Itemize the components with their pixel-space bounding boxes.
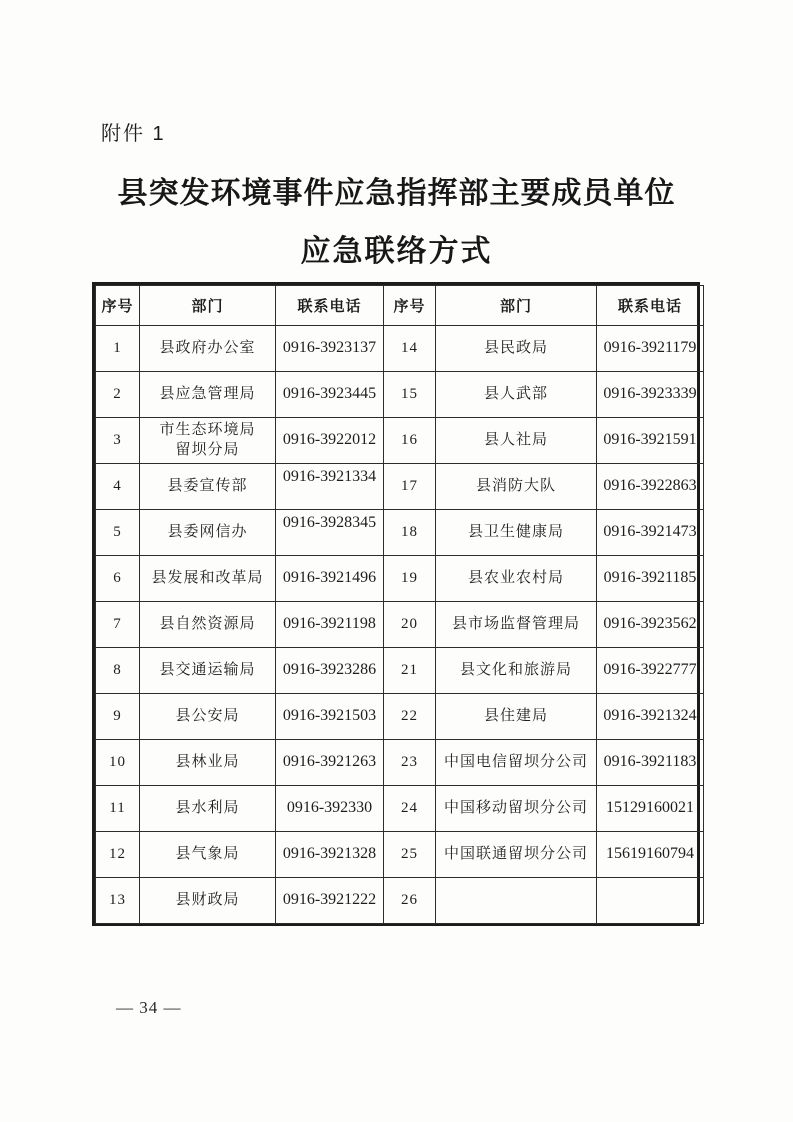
- table-row: 13县财政局0916-392122226: [96, 878, 704, 924]
- contact-table-container: 序号 部门 联系电话 序号 部门 联系电话 1县政府办公室0916-392313…: [92, 282, 700, 926]
- serial-cell: 26: [384, 878, 436, 924]
- phone-cell: 0916-3922777: [597, 648, 704, 694]
- phone-cell: 0916-3923286: [276, 648, 384, 694]
- department-cell: 中国联通留坝分公司: [436, 832, 597, 878]
- department-cell: [436, 878, 597, 924]
- serial-cell: 2: [96, 372, 140, 418]
- table-row: 3市生态环境局 留坝分局0916-392201216县人社局0916-39215…: [96, 418, 704, 464]
- phone-cell: 0916-3928345: [276, 510, 384, 556]
- table-row: 4县委宣传部0916-392133417县消防大队0916-3922863: [96, 464, 704, 510]
- phone-cell: 0916-3921496: [276, 556, 384, 602]
- page-number: — 34 —: [116, 998, 182, 1018]
- table-row: 9县公安局0916-392150322县住建局0916-3921324: [96, 694, 704, 740]
- serial-cell: 22: [384, 694, 436, 740]
- department-cell: 县住建局: [436, 694, 597, 740]
- contact-table-body: 1县政府办公室0916-392313714县民政局0916-39211792县应…: [96, 326, 704, 924]
- phone-cell: [597, 878, 704, 924]
- serial-cell: 5: [96, 510, 140, 556]
- phone-cell: 0916-3921263: [276, 740, 384, 786]
- phone-cell: 0916-3921503: [276, 694, 384, 740]
- header-department-right: 部门: [436, 286, 597, 326]
- table-row: 12县气象局0916-392132825中国联通留坝分公司15619160794: [96, 832, 704, 878]
- table-row: 2县应急管理局0916-392344515县人武部0916-3923339: [96, 372, 704, 418]
- phone-cell: 0916-3921198: [276, 602, 384, 648]
- phone-cell: 0916-3921324: [597, 694, 704, 740]
- department-cell: 县林业局: [140, 740, 276, 786]
- phone-cell: 0916-3921183: [597, 740, 704, 786]
- serial-cell: 23: [384, 740, 436, 786]
- serial-cell: 8: [96, 648, 140, 694]
- serial-cell: 17: [384, 464, 436, 510]
- phone-cell: 0916-3923339: [597, 372, 704, 418]
- department-cell: 县水利局: [140, 786, 276, 832]
- department-cell: 县消防大队: [436, 464, 597, 510]
- department-cell: 县农业农村局: [436, 556, 597, 602]
- serial-cell: 14: [384, 326, 436, 372]
- department-cell: 县政府办公室: [140, 326, 276, 372]
- department-cell: 中国电信留坝分公司: [436, 740, 597, 786]
- phone-cell: 0916-3923562: [597, 602, 704, 648]
- header-serial-right: 序号: [384, 286, 436, 326]
- serial-cell: 24: [384, 786, 436, 832]
- table-row: 8县交通运输局0916-392328621县文化和旅游局0916-3922777: [96, 648, 704, 694]
- attachment-label: 附件 1: [101, 117, 166, 146]
- serial-cell: 11: [96, 786, 140, 832]
- phone-cell: 0916-3921591: [597, 418, 704, 464]
- department-cell: 县发展和改革局: [140, 556, 276, 602]
- department-cell: 县委宣传部: [140, 464, 276, 510]
- phone-cell: 0916-3921334: [276, 464, 384, 510]
- department-cell: 县气象局: [140, 832, 276, 878]
- department-cell: 县应急管理局: [140, 372, 276, 418]
- header-department-left: 部门: [140, 286, 276, 326]
- table-row: 5县委网信办0916-392834518县卫生健康局0916-3921473: [96, 510, 704, 556]
- department-cell: 县交通运输局: [140, 648, 276, 694]
- department-cell: 县公安局: [140, 694, 276, 740]
- department-cell: 县市场监督管理局: [436, 602, 597, 648]
- phone-cell: 0916-3921185: [597, 556, 704, 602]
- scanned-document-page: 附件 1 县突发环境事件应急指挥部主要成员单位 应急联络方式 序号 部门 联系电…: [0, 0, 793, 1122]
- document-title-line1: 县突发环境事件应急指挥部主要成员单位: [0, 168, 793, 212]
- phone-cell: 0916-3922863: [597, 464, 704, 510]
- phone-cell: 15129160021: [597, 786, 704, 832]
- emergency-contact-table: 序号 部门 联系电话 序号 部门 联系电话 1县政府办公室0916-392313…: [95, 285, 704, 924]
- serial-cell: 19: [384, 556, 436, 602]
- department-cell: 县财政局: [140, 878, 276, 924]
- serial-cell: 12: [96, 832, 140, 878]
- document-title-line2: 应急联络方式: [0, 226, 793, 270]
- phone-cell: 0916-3921328: [276, 832, 384, 878]
- serial-cell: 13: [96, 878, 140, 924]
- serial-cell: 9: [96, 694, 140, 740]
- department-cell: 市生态环境局 留坝分局: [140, 418, 276, 464]
- serial-cell: 7: [96, 602, 140, 648]
- table-row: 6县发展和改革局0916-392149619县农业农村局0916-3921185: [96, 556, 704, 602]
- table-row: 10县林业局0916-392126323中国电信留坝分公司0916-392118…: [96, 740, 704, 786]
- table-row: 11县水利局0916-39233024中国移动留坝分公司15129160021: [96, 786, 704, 832]
- department-cell: 县文化和旅游局: [436, 648, 597, 694]
- header-serial-left: 序号: [96, 286, 140, 326]
- table-row: 1县政府办公室0916-392313714县民政局0916-3921179: [96, 326, 704, 372]
- table-header-row: 序号 部门 联系电话 序号 部门 联系电话: [96, 286, 704, 326]
- department-cell: 县自然资源局: [140, 602, 276, 648]
- phone-cell: 0916-3921222: [276, 878, 384, 924]
- phone-cell: 15619160794: [597, 832, 704, 878]
- department-cell: 县卫生健康局: [436, 510, 597, 556]
- department-cell: 中国移动留坝分公司: [436, 786, 597, 832]
- serial-cell: 18: [384, 510, 436, 556]
- department-cell: 县人武部: [436, 372, 597, 418]
- phone-cell: 0916-3921179: [597, 326, 704, 372]
- header-phone-right: 联系电话: [597, 286, 704, 326]
- serial-cell: 3: [96, 418, 140, 464]
- serial-cell: 16: [384, 418, 436, 464]
- serial-cell: 20: [384, 602, 436, 648]
- phone-cell: 0916-392330: [276, 786, 384, 832]
- phone-cell: 0916-3923445: [276, 372, 384, 418]
- table-row: 7县自然资源局0916-392119820县市场监督管理局0916-392356…: [96, 602, 704, 648]
- department-cell: 县民政局: [436, 326, 597, 372]
- serial-cell: 4: [96, 464, 140, 510]
- serial-cell: 21: [384, 648, 436, 694]
- serial-cell: 6: [96, 556, 140, 602]
- phone-cell: 0916-3921473: [597, 510, 704, 556]
- header-phone-left: 联系电话: [276, 286, 384, 326]
- serial-cell: 15: [384, 372, 436, 418]
- department-cell: 县委网信办: [140, 510, 276, 556]
- serial-cell: 25: [384, 832, 436, 878]
- department-cell: 县人社局: [436, 418, 597, 464]
- phone-cell: 0916-3923137: [276, 326, 384, 372]
- serial-cell: 1: [96, 326, 140, 372]
- phone-cell: 0916-3922012: [276, 418, 384, 464]
- serial-cell: 10: [96, 740, 140, 786]
